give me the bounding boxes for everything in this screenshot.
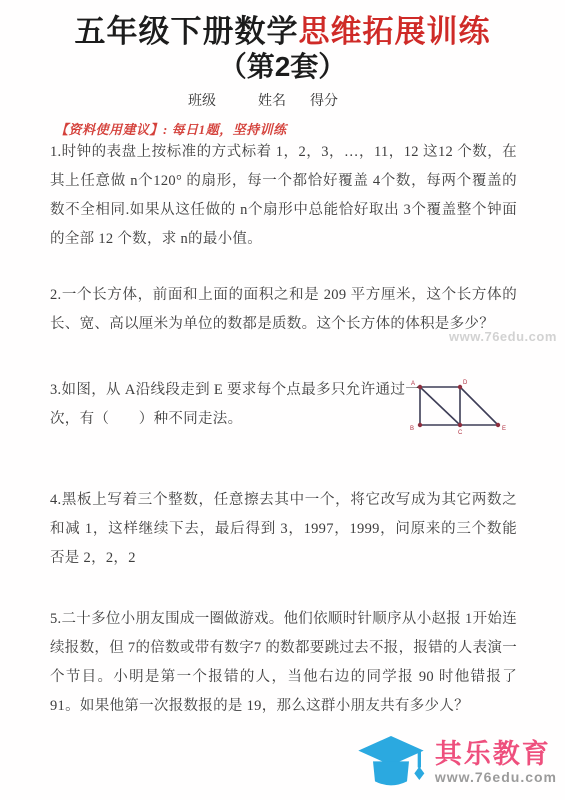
graduation-cap-icon: [353, 732, 429, 792]
name-field-label: 姓名: [258, 90, 286, 110]
problem-1-text: 1.时钟的表盘上按标准的方式标着 1，2，3，…，11，12 这12 个数，在其…: [50, 138, 517, 254]
figure-label-C: C: [458, 430, 463, 436]
figure-edge-AC-diagonal: [420, 387, 460, 425]
problem-3-text: 3.如图，从 A沿线段走到 E 要求每个点最多只允许通过一次，有（ ）种不同走法…: [50, 376, 420, 434]
page-title: 五年级下册数学思维拓展训练: [0, 14, 565, 50]
figure-label-E: E: [502, 426, 506, 432]
figure-label-A: A: [411, 381, 415, 387]
site-logo: 其乐教育 www.76edu.com: [353, 732, 557, 792]
figure-vertex-D: [458, 385, 462, 389]
problem-2-text: 2.一个长方体，前面和上面的面积之和是 209 平方厘米，这个长方体的长、宽、高…: [50, 281, 517, 339]
figure-label-D: D: [463, 380, 468, 386]
problem-5-text: 5.二十多位小朋友围成一圈做游戏。他们依顺时针顺序从小赵报 1开始连续报数，但 …: [50, 605, 517, 721]
logo-brand-name: 其乐教育: [435, 739, 551, 769]
problem-4-text: 4.黑板上写着三个整数，任意擦去其中一个，将它改写成为其它两数之和减 1，这样继…: [50, 486, 517, 573]
page-subtitle: （第2套）: [0, 50, 565, 84]
student-info-fields: 班级姓名得分: [188, 90, 338, 110]
worksheet-page: 五年级下册数学思维拓展训练 （第2套） 班级姓名得分 【资料使用建议】: 每日1…: [0, 0, 565, 800]
score-field-label: 得分: [310, 90, 338, 110]
figure-vertex-C: [458, 423, 462, 427]
figure-vertex-A: [418, 385, 422, 389]
logo-text-block: 其乐教育 www.76edu.com: [435, 739, 557, 786]
class-field-label: 班级: [188, 90, 216, 110]
usage-suggestion: 【资料使用建议】: 每日1题，坚持训练: [55, 119, 287, 138]
watermark-text: www.76edu.com: [449, 329, 557, 344]
problem-3-figure: A D B C E: [408, 378, 508, 436]
page-title-black-part: 五年级下册数学: [75, 14, 299, 49]
figure-label-B: B: [410, 426, 414, 432]
page-title-red-part: 思维拓展训练: [299, 14, 491, 49]
logo-url: www.76edu.com: [435, 769, 557, 786]
figure-vertex-E: [496, 423, 500, 427]
figure-vertex-B: [418, 423, 422, 427]
figure-edge-DE: [460, 387, 498, 425]
